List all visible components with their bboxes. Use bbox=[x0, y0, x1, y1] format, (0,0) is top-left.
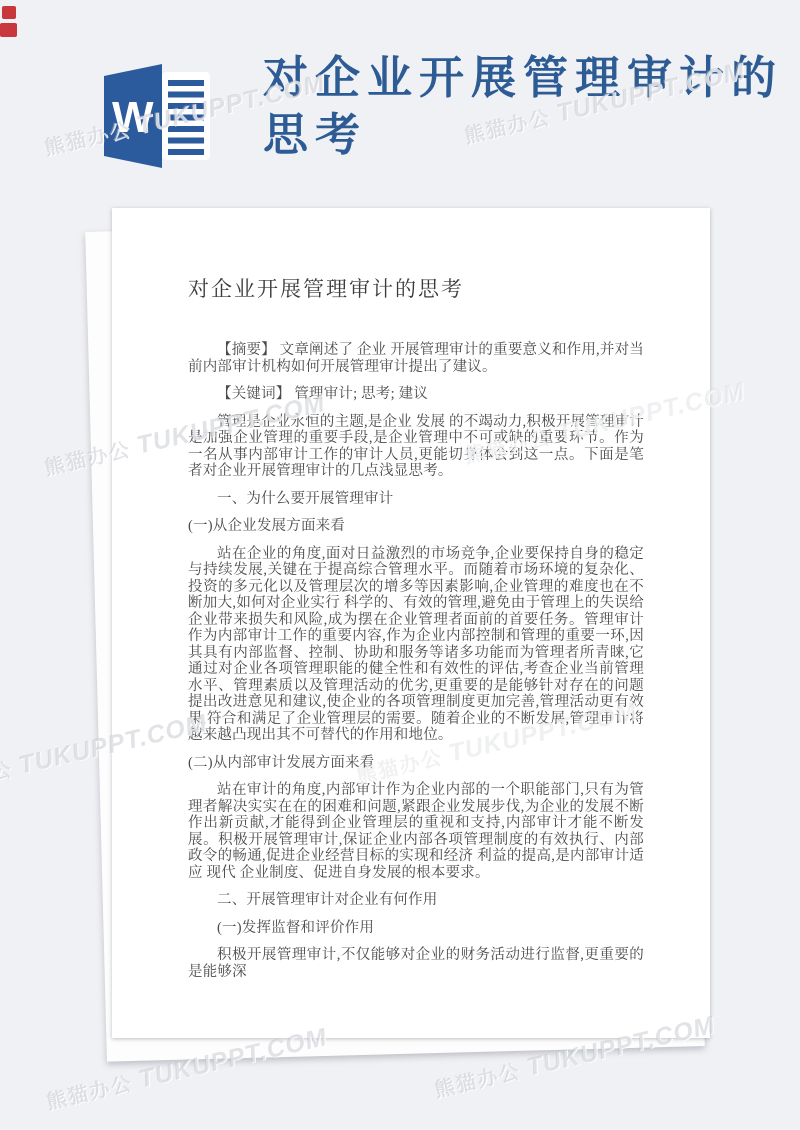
paragraph-section-1-2: 站在审计的角度,内部审计作为企业内部的一个职能部门,只有为管理者解决实实在在的困… bbox=[188, 782, 644, 881]
page-canvas: { "header": { "word_icon_letter": "W", "… bbox=[0, 0, 800, 1130]
paper-stack: 对企业开展管理审计的思考 【摘要】 文章阐述了 企业 开展管理审计的重要意义和作… bbox=[112, 208, 710, 1038]
watermark-brand: 熊猫办公 bbox=[45, 1073, 136, 1114]
paragraph-intro: 管理是企业永恒的主题,是企业 发展 的不竭动力,积极开展管理审计是加强企业管理的… bbox=[188, 414, 644, 480]
paragraph-section-1-1: 站在企业的角度,面对日益激烈的市场竞争,企业要保持自身的稳定与持续发展,关键在于… bbox=[188, 546, 644, 744]
watermark-brand: 熊猫办公 bbox=[0, 759, 15, 800]
red-corner-mark-top bbox=[2, 6, 16, 19]
heading-section-2-1: (一)发挥监督和评价作用 bbox=[188, 920, 644, 937]
word-icon-graphic: W bbox=[104, 60, 216, 172]
paragraph-abstract: 【摘要】 文章阐述了 企业 开展管理审计的重要意义和作用,并对当前内部审计机构如… bbox=[188, 342, 644, 375]
heading-section-1-2: (二)从内部审计发展方面来看 bbox=[188, 755, 644, 772]
paragraph-keywords: 【关键词】 管理审计; 思考; 建议 bbox=[188, 386, 644, 403]
page-title: 对企业开展管理审计的思考 bbox=[263, 50, 800, 164]
red-corner-mark bbox=[0, 4, 30, 44]
heading-section-1: 一、为什么要开展管理审计 bbox=[188, 491, 644, 508]
heading-section-2: 二、开展管理审计对企业有何作用 bbox=[188, 892, 644, 909]
paper-sheet-front: 对企业开展管理审计的思考 【摘要】 文章阐述了 企业 开展管理审计的重要意义和作… bbox=[112, 208, 710, 1038]
heading-section-1-1: (一)从企业发展方面来看 bbox=[188, 518, 644, 535]
watermark-brand: 熊猫办公 bbox=[433, 1061, 524, 1102]
red-corner-mark-bottom bbox=[0, 23, 17, 37]
document-body: 对企业开展管理审计的思考 【摘要】 文章阐述了 企业 开展管理审计的重要意义和作… bbox=[112, 208, 710, 980]
word-file-icon: W bbox=[104, 60, 216, 172]
paragraph-section-2-1: 积极开展管理审计,不仅能够对企业的财务活动进行监督,更重要的是能够深 bbox=[188, 947, 644, 980]
document-title: 对企业开展管理审计的思考 bbox=[188, 276, 644, 302]
word-icon-letter: W bbox=[112, 93, 154, 142]
